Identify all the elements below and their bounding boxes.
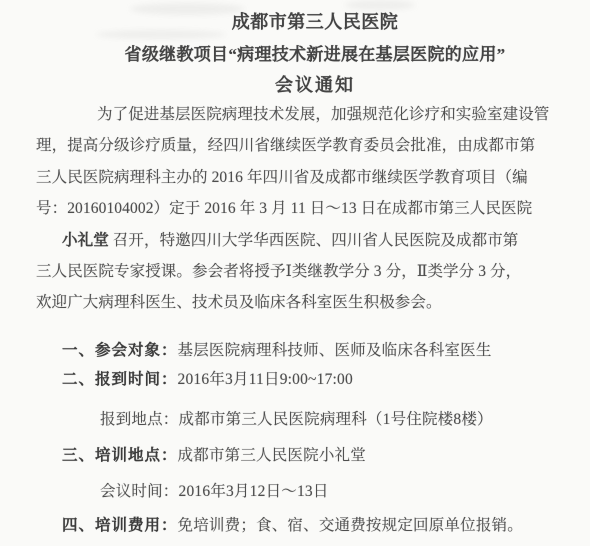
intro-paragraph: 为了促进基层医院病理技术发展，加强规范化诊疗和实验室建设管 理，提高分级诊疗质量…: [36, 99, 556, 319]
list-item-label: 报到地点：: [100, 411, 179, 428]
paragraph-line: 理，提高分级诊疗质量，经四川省继续医学教育委员会批准，由成都市第: [36, 130, 556, 161]
project-title: 省级继教项目“病理技术新进展在基层医院的应用”: [40, 40, 590, 65]
list-item-text: 基层医院病理科技师、医师及临床各科室医生: [178, 342, 492, 359]
list-item-label: 一、参会对象：: [62, 342, 178, 359]
list-item-text: 成都市第三人民医院病理科（1号住院楼8楼）: [179, 411, 493, 428]
list-item-registration-location: 报到地点：成都市第三人民医院病理科（1号住院楼8楼）: [100, 410, 493, 430]
list-item-label: 二、报到时间：: [62, 371, 178, 388]
paragraph-line: 为了促进基层医院病理技术发展，加强规范化诊疗和实验室建设管: [36, 99, 556, 130]
list-item-training-fee: 四、培训费用：免培训费；食、宿、交通费按规定回原单位报销。: [62, 516, 523, 536]
list-item-label: 四、培训费用：: [62, 517, 178, 534]
paragraph-line: 号：20160104002）定于 2016 年 3 月 11 日～13 日在成都…: [36, 193, 556, 224]
list-item-label: 三、培训地点：: [62, 447, 178, 464]
paragraph-line-rest: 召开，特邀四川大学华西医院、四川省人民医院及成都市第: [109, 232, 519, 249]
venue-name-bold: 小礼堂: [62, 232, 109, 249]
list-item-text: 免培训费；食、宿、交通费按规定回原单位报销。: [178, 517, 523, 534]
paragraph-line: 欢迎广大病理科医生、技术员及临床各科室医生积极参会。: [36, 287, 556, 318]
paragraph-line: 三人民医院病理科主办的 2016 年四川省及成都市继续医学教育项目（编: [36, 162, 556, 193]
list-item-text: 2016年3月12日～13日: [179, 483, 329, 500]
paragraph-line: 三人民医院专家授课。参会者将授予Ⅰ类继教学分 3 分，Ⅱ类学分 3 分，: [36, 256, 556, 287]
notice-type-title: 会议通知: [40, 71, 590, 97]
list-item-label: 会议时间：: [100, 483, 179, 500]
hospital-name-title: 成都市第三人民医院: [40, 8, 590, 34]
list-item-meeting-time: 会议时间：2016年3月12日～13日: [100, 482, 329, 502]
document-page: 成都市第三人民医院 省级继教项目“病理技术新进展在基层医院的应用” 会议通知 为…: [0, 0, 590, 546]
list-item-text: 2016年3月11日9:00~17:00: [178, 371, 353, 388]
list-item-text: 成都市第三人民医院小礼堂: [178, 447, 366, 464]
list-item-training-location: 三、培训地点：成都市第三人民医院小礼堂: [62, 446, 366, 466]
list-item-attendees: 一、参会对象：基层医院病理科技师、医师及临床各科室医生: [62, 341, 492, 361]
list-item-registration-time: 二、报到时间：2016年3月11日9:00~17:00: [62, 370, 353, 390]
paragraph-line: 小礼堂 召开，特邀四川大学华西医院、四川省人民医院及成都市第: [36, 225, 556, 256]
